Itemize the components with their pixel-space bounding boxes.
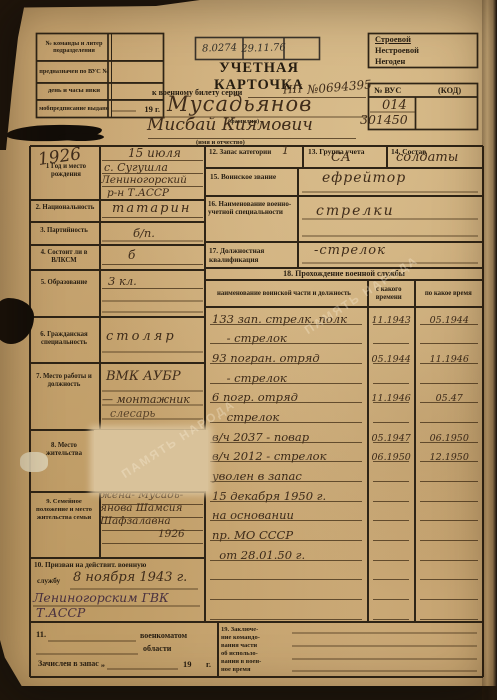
stamp-cell: 29.11.76 (243, 37, 285, 59)
field-19-label-line: вания части (221, 642, 291, 650)
field-11-year-suffix: г. (206, 659, 211, 669)
field-7-value: ВМК АУБР (106, 369, 181, 384)
date-stamp: 8.0274 29.11.76 (196, 38, 319, 59)
service-cell-from: 11.1946 (367, 386, 415, 406)
service-cell-to (414, 582, 483, 602)
service-to-value: 06.1950 (415, 433, 483, 444)
service-cell-from (367, 405, 415, 425)
ink-stain (58, 133, 104, 141)
service-cell-from: 06.1950 (367, 445, 415, 465)
service-cell-from (367, 563, 415, 583)
service-row (205, 582, 483, 602)
field-19-label-line: ние командо- (221, 634, 291, 642)
service-unit-value: уволен в запас (212, 469, 302, 483)
field-2-label: 2. Национальность (32, 204, 98, 212)
mob-row: мобпредписание выдано 19 г. (37, 100, 163, 118)
service-row (205, 602, 483, 622)
service-cell-to (414, 563, 483, 583)
service-col-to: по какое время (414, 280, 483, 307)
field-15-value: ефрейтор (322, 170, 406, 186)
field-1-label: 1 Год и место рождения (35, 163, 97, 179)
service-cell-unit: пр. МО СССР (205, 523, 367, 543)
service-cell-from (367, 582, 415, 602)
service-cell-unit (205, 563, 367, 583)
vus-kod-header: (КОД) (438, 86, 461, 95)
mob-row-label: предназначен по ВУС № (37, 61, 112, 82)
vus-number-value: 014 (382, 98, 407, 113)
field-11-label: военкоматом (140, 631, 187, 640)
service-cell-to (414, 327, 483, 347)
service-row: на основании (205, 504, 483, 524)
service-unit-value: пр. МО СССР (212, 528, 293, 542)
given-names-value: Мисбай Киямович (147, 115, 313, 135)
field-11-label: области (143, 644, 171, 653)
service-cell-unit: - стрелок (205, 327, 367, 347)
service-cell-unit: от 28.01.50 г. (205, 543, 367, 563)
service-cell-to (414, 405, 483, 425)
service-cell-to (414, 543, 483, 563)
field-16-label: 16. Наименование военно-учетной специаль… (208, 200, 294, 216)
fitness-box: Строевой Нестроевой Негоден (369, 35, 477, 67)
service-cell-unit: на основании (205, 504, 367, 524)
field-17-value: -стрелок (314, 243, 386, 258)
field-7-value: слесарь (110, 407, 155, 420)
field-19-label-line: вании в воен- (221, 658, 291, 666)
field-14-value: солдаты (396, 150, 458, 165)
service-cell-from (367, 484, 415, 504)
service-to-value: 12.1950 (415, 452, 483, 463)
service-unit-value: 93 погран. отряд (212, 351, 320, 365)
fitness-option: Негоден (369, 57, 477, 68)
field-9-value: Шафзалавна (100, 515, 171, 527)
field-13-value: СА (331, 150, 351, 165)
field-2-value: татарин (112, 201, 191, 216)
vus-number-header: № ВУС (374, 86, 401, 95)
page-edge-shadow (0, 686, 497, 700)
service-cell-unit (205, 602, 367, 622)
service-cell-to: 12.1950 (414, 445, 483, 465)
stamp-cell: 8.0274 (196, 37, 244, 60)
field-7-value: — монтажник (102, 393, 190, 406)
vus-code-value: 301450 (360, 112, 408, 127)
service-row: 93 погран. отряд05.194411.1946 (205, 346, 483, 366)
field-11-label: Зачислен в запас „ (38, 659, 105, 668)
mob-row-label: № команды и литер подразделения (37, 34, 112, 60)
fitness-option: Нестроевой (369, 46, 477, 57)
service-unit-value: - стрелок (212, 371, 287, 385)
field-16-value: стрелки (316, 203, 395, 219)
mob-row-label: день и часы явки (37, 83, 112, 99)
service-cell-to (414, 366, 483, 386)
field-5-label: 5. Образование (33, 279, 95, 287)
page-edge-shadow (482, 0, 497, 700)
service-section-title: 18. Прохождение военной службы (205, 269, 483, 278)
service-cell-to (414, 602, 483, 622)
field-11-year: 19 (183, 659, 192, 669)
field-7-label: 7. Место работы и должность (33, 373, 95, 389)
service-cell-unit: в/ч 2012 - стрелок (205, 445, 367, 465)
service-unit-value: в/ч 2037 - повар (212, 430, 309, 444)
service-cell-unit: - стрелок (205, 366, 367, 386)
service-row (205, 563, 483, 583)
field-10-date-value: 8 ноября 1943 г. (73, 570, 187, 585)
field-1-value: с. Сугушла (104, 161, 168, 174)
service-cell-from: 05.1947 (367, 425, 415, 445)
mob-row: № команды и литер подразделения (37, 34, 163, 61)
field-1-value: Лениногорский (101, 174, 187, 186)
field-10-label: службу (37, 576, 60, 585)
field-1-value: р-н Т.АССР (107, 187, 169, 199)
service-cell-to: 05.47 (414, 386, 483, 406)
mob-row-label: мобпредписание выдано (37, 100, 112, 118)
field-11-number: 11. (36, 629, 46, 639)
service-row: стрелок (205, 405, 483, 425)
mob-row-value (112, 61, 163, 82)
service-history-body: 133 зап. стрелк. полк11.194305.1944 - ст… (205, 307, 483, 622)
registration-card-scan: № команды и литер подразделения предназн… (0, 0, 497, 700)
paper-tear-patch (20, 452, 48, 472)
service-cell-to (414, 523, 483, 543)
service-cell-unit: в/ч 2037 - повар (205, 425, 367, 445)
service-unit-value: - стрелок (212, 331, 287, 345)
field-19-label: 19. Заключе- ние командо- вания части об… (221, 626, 291, 675)
service-cell-unit (205, 582, 367, 602)
service-cell-to (414, 484, 483, 504)
field-4-label: 4. Состоит ли в ВЛКСМ (30, 249, 98, 265)
service-cell-to: 11.1946 (414, 346, 483, 366)
service-row: 15 декабря 1950 г. (205, 484, 483, 504)
service-cell-from (367, 464, 415, 484)
service-cell-from (367, 602, 415, 622)
mob-row-value (112, 34, 163, 60)
field-12-value: 1 (282, 144, 289, 157)
fitness-option: Строевой (369, 35, 477, 46)
field-12-label: 12. Запас категории (209, 148, 283, 156)
field-19-label-line: об использо- (221, 650, 291, 658)
field-9-value: 1926 (158, 528, 185, 540)
service-cell-to: 06.1950 (414, 425, 483, 445)
service-to-value: 11.1946 (415, 354, 483, 365)
service-unit-value: на основании (212, 508, 294, 522)
service-from-value: 05.1944 (368, 354, 415, 365)
service-from-value: 05.1947 (368, 433, 415, 444)
field-17-label: 17. Должностная квалификация (209, 247, 291, 264)
field-6-value: столяр (106, 329, 177, 344)
field-3-label: 3. Партийность (32, 227, 96, 235)
service-row: уволен в запас (205, 464, 483, 484)
service-unit-value: от 28.01.50 г. (212, 548, 305, 562)
mob-row: день и часы явки (37, 83, 163, 100)
service-cell-from: 05.1944 (367, 346, 415, 366)
service-cell-from (367, 366, 415, 386)
mob-row: предназначен по ВУС № (37, 61, 163, 83)
service-cell-unit: 93 погран. отряд (205, 346, 367, 366)
service-unit-value: в/ч 2012 - стрелок (212, 449, 326, 463)
service-cell-to (414, 504, 483, 524)
field-3-value: б/п. (133, 226, 155, 240)
service-unit-value: 15 декабря 1950 г. (212, 489, 326, 503)
service-cell-unit: 15 декабря 1950 г. (205, 484, 367, 504)
field-6-label: 6. Гражданская специальность (31, 331, 97, 347)
field-4-value: б (128, 248, 135, 262)
field-19-label-line: 19. Заключе- (221, 626, 291, 634)
service-cell-from (367, 327, 415, 347)
surname-value: Мусадьянов (167, 92, 312, 116)
field-10-value: Т.АССР (36, 605, 85, 620)
field-10-label: 10. Призван на действит. военную (34, 560, 204, 569)
service-to-value: 05.1944 (415, 315, 483, 326)
field-10-value: Лениногорским ГВК (33, 590, 169, 605)
field-19-label-line: ное время (221, 666, 291, 674)
field-15-label: 15. Воинское звание (210, 173, 290, 182)
service-from-value: 06.1950 (368, 452, 415, 463)
service-row: - стрелок (205, 327, 483, 347)
service-row: в/ч 2012 - стрелок06.195012.1950 (205, 445, 483, 465)
field-9-label: 9. Семейное положение и место жительства… (31, 498, 97, 521)
service-row: 6 погр. отряд11.194605.47 (205, 386, 483, 406)
service-row: в/ч 2037 - повар05.194706.1950 (205, 425, 483, 445)
mobilization-table: № команды и литер подразделения предназн… (37, 34, 163, 118)
mob-year-placeholder: 19 г. (144, 104, 160, 114)
service-cell-unit: уволен в запас (205, 464, 367, 484)
service-row: от 28.01.50 г. (205, 543, 483, 563)
field-9-value: янова Шамсия (100, 502, 182, 514)
field-5-value: 3 кл. (108, 274, 137, 288)
service-cell-from (367, 523, 415, 543)
service-row: пр. МО СССР (205, 523, 483, 543)
service-from-value: 11.1946 (368, 393, 415, 404)
service-row: - стрелок (205, 366, 483, 386)
service-cell-from (367, 504, 415, 524)
service-cell-to: 05.1944 (414, 307, 483, 327)
stamp-cell (284, 38, 319, 59)
service-to-value: 05.47 (415, 393, 483, 404)
service-cell-to (414, 464, 483, 484)
field-1-value: 15 июля (128, 146, 181, 160)
names-caption: (имя и отчество) (196, 139, 245, 146)
service-cell-from (367, 543, 415, 563)
service-cell-from: 11.1943 (367, 307, 415, 327)
service-from-value: 11.1943 (368, 315, 415, 326)
